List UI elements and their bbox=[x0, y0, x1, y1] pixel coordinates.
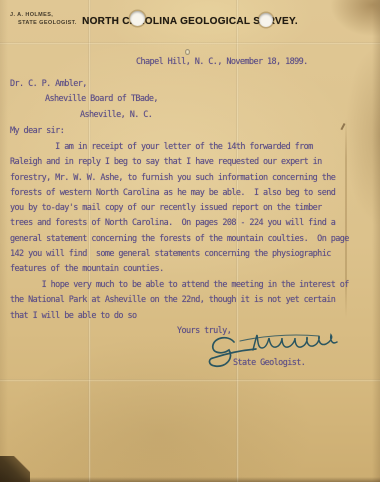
pin-hole bbox=[185, 49, 190, 55]
recipient-organization: Asheville Board of TBade, bbox=[45, 94, 158, 104]
scratch-mark bbox=[340, 123, 345, 130]
signature-title: State Geologist. bbox=[233, 358, 305, 368]
dateline: Chapel Hill, N. C., November 18, 1899. bbox=[136, 57, 308, 67]
punch-hole-right bbox=[259, 13, 273, 27]
recipient-city: Asheville, N. C. bbox=[80, 110, 152, 120]
fold-crease-horizontal-bottom bbox=[0, 379, 380, 382]
body-paragraph-2: I hope very much to be able to attend th… bbox=[10, 278, 349, 324]
letterhead-title: NORTH CAROLINA GEOLOGICAL SURVEY. bbox=[0, 16, 380, 27]
letter-page: J. A. HOLMES, STATE GEOLOGIST. NORTH CAR… bbox=[0, 0, 380, 482]
punch-hole-left bbox=[130, 11, 145, 26]
salutation: My dear sir: bbox=[10, 126, 64, 136]
fold-crease-horizontal-top bbox=[0, 42, 380, 45]
recipient-name: Dr. C. P. Ambler, bbox=[10, 79, 87, 89]
folded-corner-bottom-left bbox=[0, 456, 30, 482]
body-paragraph-1: I am in receipt of your letter of the 14… bbox=[10, 140, 349, 278]
